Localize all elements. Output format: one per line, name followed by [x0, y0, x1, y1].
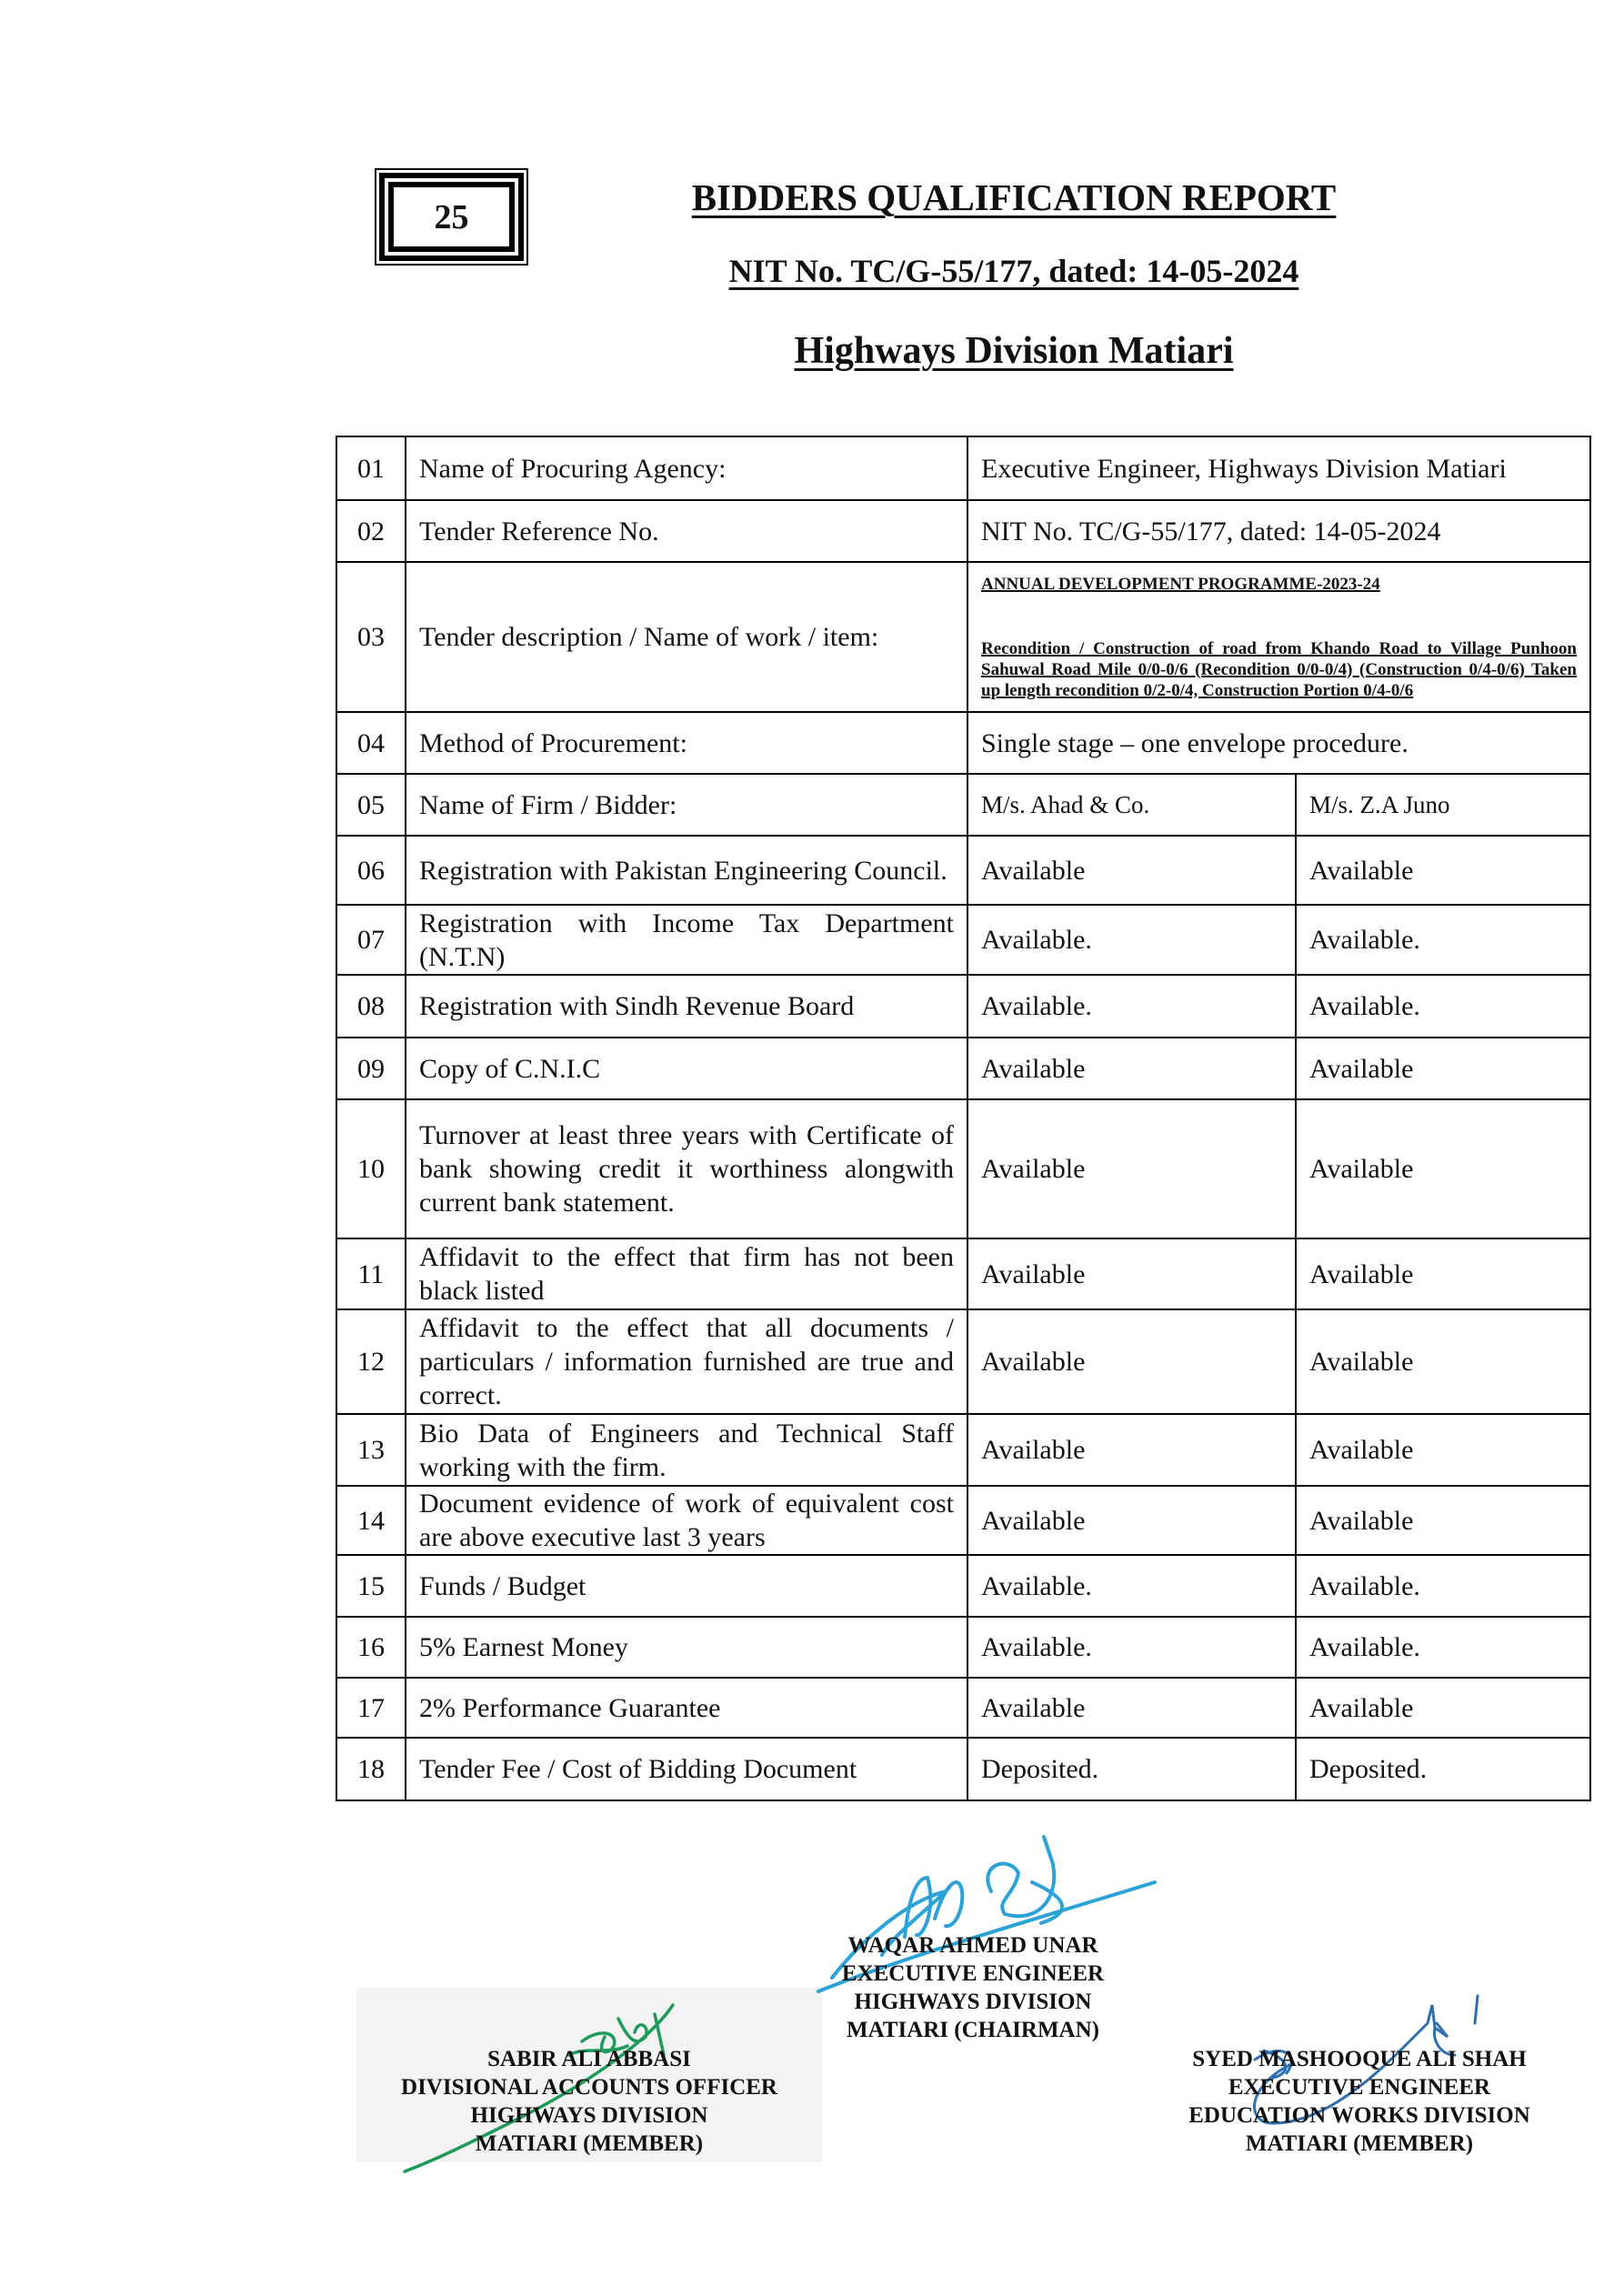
- bidder1-value: Available: [967, 1038, 1296, 1099]
- bidder1-value: Available: [967, 1678, 1296, 1738]
- table-row: 11Affidavit to the effect that firm has …: [336, 1238, 1590, 1309]
- signatory-role: MATIARI (CHAIRMAN): [818, 2016, 1128, 2044]
- row-value: Single stage – one envelope procedure.: [967, 712, 1590, 774]
- row-value: Executive Engineer, Highways Division Ma…: [967, 436, 1590, 500]
- bidder2-value: Available.: [1296, 1617, 1590, 1678]
- row-number: 17: [336, 1678, 406, 1738]
- bidder1-value: Available: [967, 1238, 1296, 1309]
- row-number: 06: [336, 836, 406, 905]
- row-number: 13: [336, 1414, 406, 1486]
- table-row: 02Tender Reference No.NIT No. TC/G-55/17…: [336, 500, 1590, 562]
- row-value: NIT No. TC/G-55/177, dated: 14-05-2024: [967, 500, 1590, 562]
- qualification-table: 01Name of Procuring Agency:Executive Eng…: [336, 436, 1591, 1801]
- row-label: Tender Reference No.: [406, 500, 967, 562]
- signatory-role: MATIARI (MEMBER): [356, 2130, 822, 2158]
- signatory-member-left: SABIR ALI ABBASI DIVISIONAL ACCOUNTS OFF…: [356, 2045, 822, 2158]
- row-number: 15: [336, 1555, 406, 1617]
- table-row: 01Name of Procuring Agency:Executive Eng…: [336, 436, 1590, 500]
- row-label: 2% Performance Guarantee: [406, 1678, 967, 1738]
- bidder2-value: Available: [1296, 1238, 1590, 1309]
- signatory-role: MATIARI (MEMBER): [1155, 2130, 1564, 2158]
- row-number: 10: [336, 1099, 406, 1238]
- table-row: 10Turnover at least three years with Cer…: [336, 1099, 1590, 1238]
- row-label: Affidavit to the effect that firm has no…: [406, 1238, 967, 1309]
- row-number: 09: [336, 1038, 406, 1099]
- table-row: 13Bio Data of Engineers and Technical St…: [336, 1414, 1590, 1486]
- table-row: 08Registration with Sindh Revenue BoardA…: [336, 975, 1590, 1038]
- bidder1-value: Available: [967, 1414, 1296, 1486]
- bidder2-value: Available: [1296, 1414, 1590, 1486]
- row-number: 12: [336, 1309, 406, 1414]
- row-label: Bio Data of Engineers and Technical Staf…: [406, 1414, 967, 1486]
- table-row: 07Registration with Income Tax Departmen…: [336, 905, 1590, 975]
- row-label: Registration with Pakistan Engineering C…: [406, 836, 967, 905]
- row-number: 08: [336, 975, 406, 1038]
- row-number: 05: [336, 774, 406, 836]
- table-row: 15Funds / BudgetAvailable.Available.: [336, 1555, 1590, 1617]
- bidder2-value: Deposited.: [1296, 1738, 1590, 1800]
- bidder1-value: Available.: [967, 905, 1296, 975]
- signatory-name: WAQAR AHMED UNAR: [818, 1931, 1128, 1960]
- table-row: 165% Earnest MoneyAvailable.Available.: [336, 1617, 1590, 1678]
- row-label: Name of Procuring Agency:: [406, 436, 967, 500]
- signatory-designation: EXECUTIVE ENGINEER: [1155, 2073, 1564, 2101]
- row-number: 16: [336, 1617, 406, 1678]
- page-number-box: 25: [379, 173, 524, 261]
- row-label: Document evidence of work of equivalent …: [406, 1486, 967, 1555]
- bidder2-value: Available.: [1296, 1555, 1590, 1617]
- table-row: 05Name of Firm / Bidder:M/s. Ahad & Co.M…: [336, 774, 1590, 836]
- row-label: 5% Earnest Money: [406, 1617, 967, 1678]
- table-row: 18Tender Fee / Cost of Bidding DocumentD…: [336, 1738, 1590, 1800]
- signatory-designation: EXECUTIVE ENGINEER: [818, 1960, 1128, 1988]
- bidder2-value: Available: [1296, 1309, 1590, 1414]
- row-number: 02: [336, 500, 406, 562]
- bidder1-value: Available: [967, 836, 1296, 905]
- table-row: 172% Performance GuaranteeAvailableAvail…: [336, 1678, 1590, 1738]
- row-label: Method of Procurement:: [406, 712, 967, 774]
- bidder2-value: Available.: [1296, 905, 1590, 975]
- bidder1-value: M/s. Ahad & Co.: [967, 774, 1296, 836]
- table-row: 04Method of Procurement:Single stage – o…: [336, 712, 1590, 774]
- programme-name: ANNUAL DEVELOPMENT PROGRAMME-2023-24: [981, 574, 1577, 595]
- signatory-member-right: SYED MASHOOQUE ALI SHAH EXECUTIVE ENGINE…: [1155, 2045, 1564, 2158]
- bidder1-value: Available: [967, 1486, 1296, 1555]
- table-row: 14Document evidence of work of equivalen…: [336, 1486, 1590, 1555]
- tender-description: ANNUAL DEVELOPMENT PROGRAMME-2023-24Reco…: [967, 562, 1590, 712]
- bidder2-value: Available: [1296, 1678, 1590, 1738]
- row-number: 11: [336, 1238, 406, 1309]
- bidder2-value: M/s. Z.A Juno: [1296, 774, 1590, 836]
- signatory-name: SABIR ALI ABBASI: [356, 2045, 822, 2073]
- work-name: Recondition / Construction of road from …: [981, 638, 1577, 701]
- bidder1-value: Available.: [967, 1555, 1296, 1617]
- table-row: 06Registration with Pakistan Engineering…: [336, 836, 1590, 905]
- table-row: 09Copy of C.N.I.CAvailableAvailable: [336, 1038, 1590, 1099]
- row-label: Registration with Income Tax Department …: [406, 905, 967, 975]
- bidder2-value: Available: [1296, 836, 1590, 905]
- row-label: Affidavit to the effect that all documen…: [406, 1309, 967, 1414]
- row-label: Funds / Budget: [406, 1555, 967, 1617]
- page-number: 25: [435, 197, 469, 237]
- bidder1-value: Deposited.: [967, 1738, 1296, 1800]
- row-number: 04: [336, 712, 406, 774]
- bidder2-value: Available: [1296, 1038, 1590, 1099]
- row-label: Tender description / Name of work / item…: [406, 562, 967, 712]
- row-number: 03: [336, 562, 406, 712]
- report-title: BIDDERS QUALIFICATION REPORT: [546, 175, 1482, 219]
- row-number: 01: [336, 436, 406, 500]
- bidder1-value: Available: [967, 1099, 1296, 1238]
- row-number: 18: [336, 1738, 406, 1800]
- signatory-designation: DIVISIONAL ACCOUNTS OFFICER: [356, 2073, 822, 2101]
- table-row: 03Tender description / Name of work / it…: [336, 562, 1590, 712]
- row-number: 07: [336, 905, 406, 975]
- bidder1-value: Available.: [967, 975, 1296, 1038]
- nit-reference: NIT No. TC/G-55/177, dated: 14-05-2024: [546, 252, 1482, 290]
- bidder2-value: Available: [1296, 1099, 1590, 1238]
- row-label: Turnover at least three years with Certi…: [406, 1099, 967, 1238]
- signatory-office: HIGHWAYS DIVISION: [356, 2101, 822, 2130]
- signatory-name: SYED MASHOOQUE ALI SHAH: [1155, 2045, 1564, 2073]
- bidder2-value: Available: [1296, 1486, 1590, 1555]
- signatory-office: EDUCATION WORKS DIVISION: [1155, 2101, 1564, 2130]
- row-number: 14: [336, 1486, 406, 1555]
- table-row: 12Affidavit to the effect that all docum…: [336, 1309, 1590, 1414]
- signatory-chairman: WAQAR AHMED UNAR EXECUTIVE ENGINEER HIGH…: [818, 1931, 1128, 2044]
- bidder1-value: Available.: [967, 1617, 1296, 1678]
- row-label: Name of Firm / Bidder:: [406, 774, 967, 836]
- bidder1-value: Available: [967, 1309, 1296, 1414]
- bidder2-value: Available.: [1296, 975, 1590, 1038]
- row-label: Tender Fee / Cost of Bidding Document: [406, 1738, 967, 1800]
- row-label: Copy of C.N.I.C: [406, 1038, 967, 1099]
- division-title: Highways Division Matiari: [546, 329, 1482, 373]
- signatory-office: HIGHWAYS DIVISION: [818, 1988, 1128, 2016]
- row-label: Registration with Sindh Revenue Board: [406, 975, 967, 1038]
